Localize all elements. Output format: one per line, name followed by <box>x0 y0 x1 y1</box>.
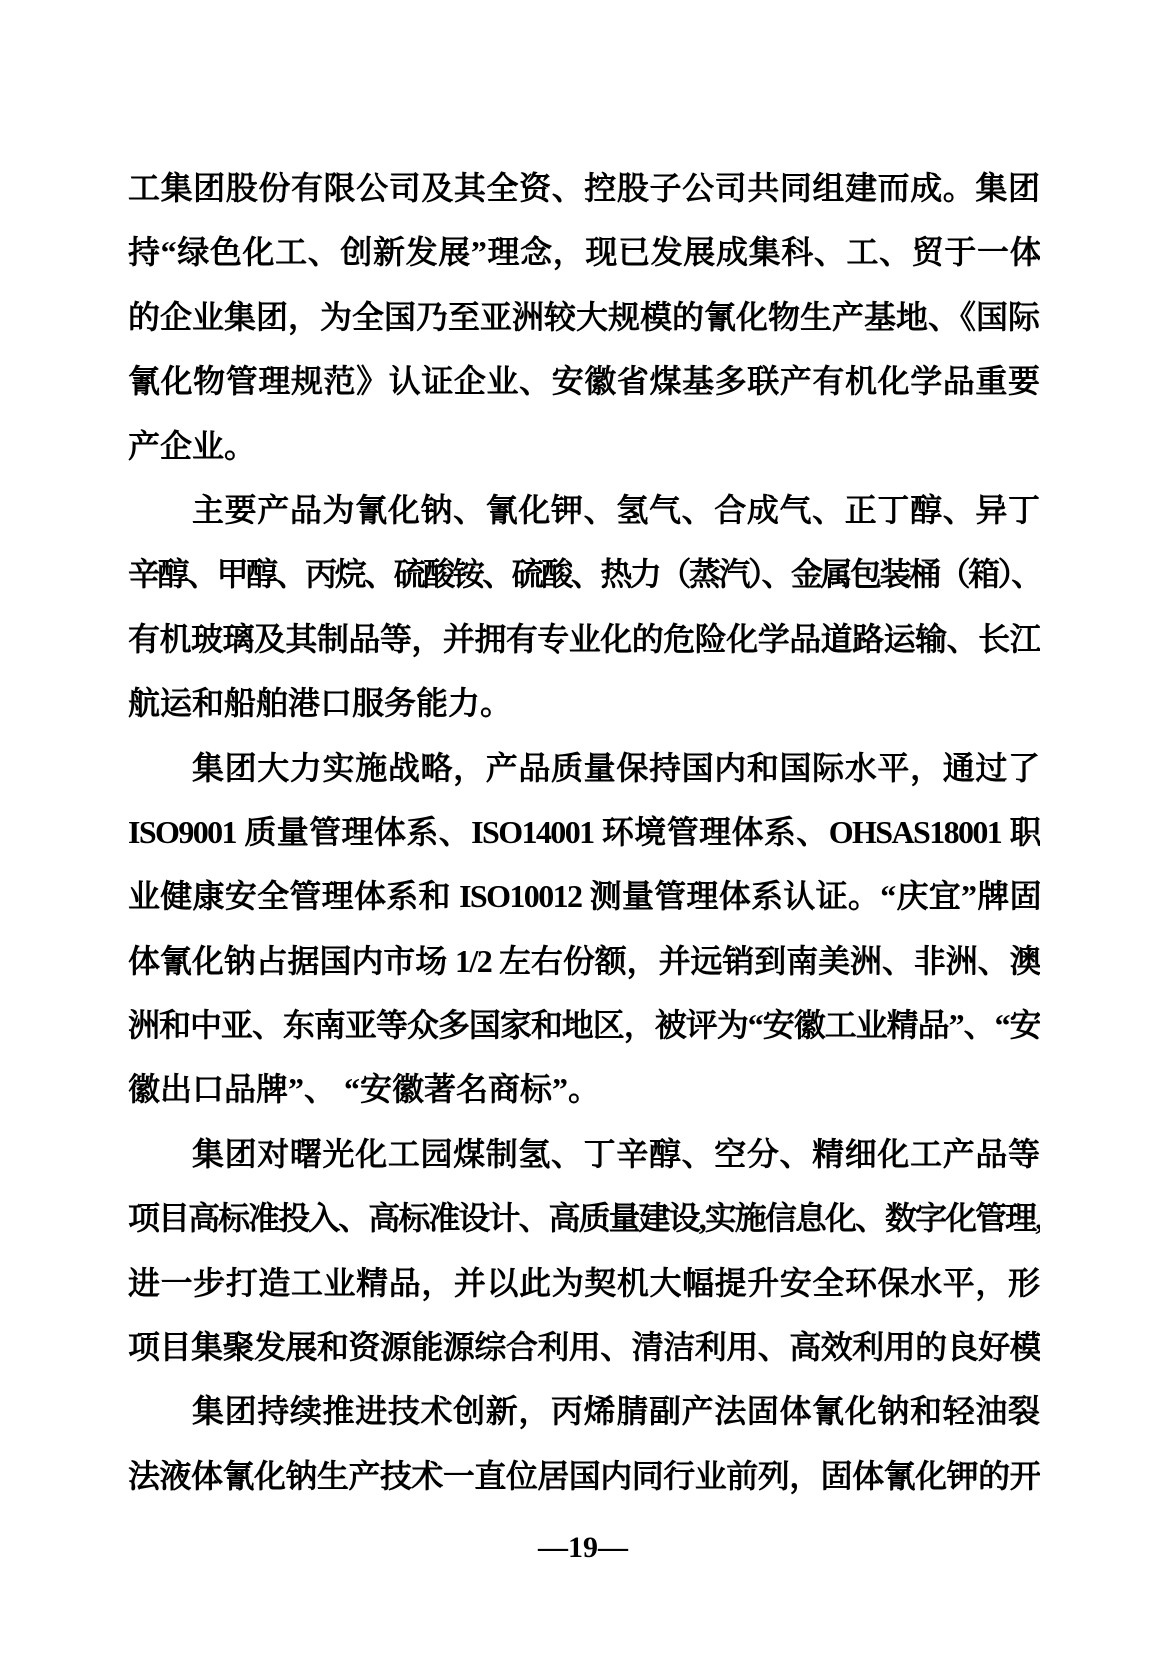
text-block: 工集团股份有限公司及其全资、控股子公司共同组建而成。集团坚 持“绿色化工、创新发… <box>128 156 1040 1508</box>
text-line: 氰化物管理规范》认证企业、安徽省煤基多联产有机化学品重要生 <box>128 349 1040 413</box>
text-line: 法液体氰化钠生产技术一直位居国内同行业前列，固体氰化钾的开 <box>128 1444 1040 1508</box>
text-line: ISO9001 质量管理体系、ISO14001 环境管理体系、OHSAS1800… <box>128 800 1040 864</box>
text-line: 集团大力实施战略，产品质量保持国内和国际水平，通过了 <box>128 736 1040 800</box>
text-line: 洲和中亚、东南亚等众多国家和地区，被评为“安徽工业精品”、“安 <box>128 993 1040 1057</box>
text-line: 项目集聚发展和资源能源综合利用、清洁利用、高效利用的良好模式。 <box>128 1315 1040 1379</box>
text-line: 有机玻璃及其制品等，并拥有专业化的危险化学品道路运输、长江 <box>128 607 1040 671</box>
page-number: —19— <box>0 1526 1166 1570</box>
document-page: 工集团股份有限公司及其全资、控股子公司共同组建而成。集团坚 持“绿色化工、创新发… <box>0 0 1166 1654</box>
text-line: 航运和船舶港口服务能力。 <box>128 671 1040 735</box>
text-line: 体氰化钠占据国内市场 1/2 左右份额，并远销到南美洲、非洲、澳 <box>128 929 1040 993</box>
text-line: 集团持续推进技术创新，丙烯腈副产法固体氰化钠和轻油裂解 <box>128 1379 1040 1443</box>
text-line: 集团对曙光化工园煤制氢、丁辛醇、空分、精细化工产品等各 <box>128 1122 1040 1186</box>
text-line: 工集团股份有限公司及其全资、控股子公司共同组建而成。集团坚 <box>128 156 1040 220</box>
text-line: 的企业集团，为全国乃至亚洲较大规模的氰化物生产基地、《国际 <box>128 285 1040 349</box>
text-line: 业健康安全管理体系和 ISO10012 测量管理体系认证。“庆宜”牌固 <box>128 864 1040 928</box>
text-line: 徽出口品牌”、 “安徽著名商标”。 <box>128 1057 1040 1121</box>
text-line: 主要产品为氰化钠、氰化钾、氢气、合成气、正丁醇、异丁醇、 <box>128 478 1040 542</box>
text-line: 产企业。 <box>128 414 1040 478</box>
text-line: 进一步打造工业精品，并以此为契机大幅提升安全环保水平，形成 <box>128 1251 1040 1315</box>
text-line: 持“绿色化工、创新发展”理念，现已发展成集科、工、贸于一体 <box>128 220 1040 284</box>
text-line: 项目高标准投入、高标准设计、高质量建设,实施信息化、数字化管理, <box>128 1186 1040 1250</box>
text-line: 辛醇、甲醇、丙烷、硫酸铵、硫酸、热力（蒸汽）、金属包装桶（箱）、 <box>128 542 1040 606</box>
